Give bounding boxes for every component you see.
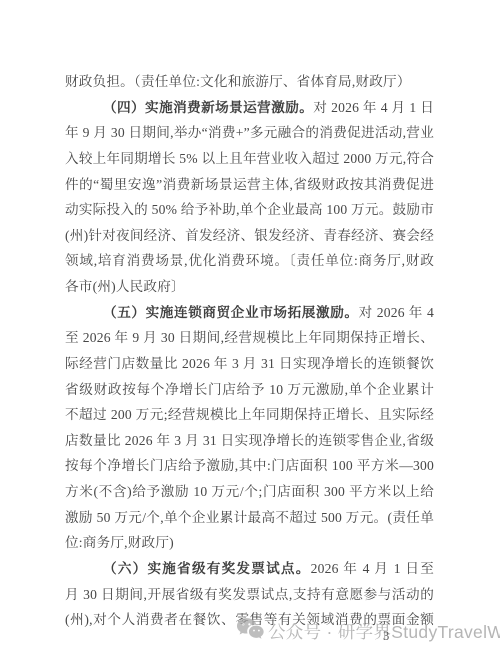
paragraph: （五）实施连锁商贸企业市场拓展激励。对 2026 年 4 月 1 日至 2026… (65, 300, 434, 556)
body-text: 件的“蜀里安逸”消费新场景运营主体,省级财政按其消费促进活 (65, 177, 434, 198)
body-text: 方米(不含)给予激励 10 万元/个;门店面积 300 平方米以上给予 (65, 484, 434, 505)
text-line: 方米(不含)给予激励 10 万元/个;门店面积 300 平方米以上给予 (65, 479, 434, 505)
body-text: 位:商务厅,财政厅) (65, 535, 174, 550)
body-text: 际经营门店数量比 2026 年 3 月 31 日实现净增长的连锁餐饮企业, (65, 356, 434, 377)
body-text: 财政负担。（责任单位:文化和旅游厅、省体育局,财政厅） (65, 74, 411, 89)
body-text: 至 2026 年 9 月 30 日期间,经营规模比上年同期保持正增长、且实 (65, 330, 434, 351)
page-number: 3 (383, 629, 389, 644)
text-line: （五）实施连锁商贸企业市场拓展激励。对 2026 年 4 月 1 日 (65, 300, 434, 326)
text-line: 动实际投入的 50% 给予补助,单个企业最高 100 万元。鼓励市 (65, 197, 434, 223)
text-line: 店数量比 2026 年 3 月 31 日实现净增长的连锁零售企业,省级财政 (65, 428, 434, 454)
item-heading: （五）实施连锁商贸企业市场拓展激励。 (103, 305, 359, 320)
document-body: 财政负担。（责任单位:文化和旅游厅、省体育局,财政厅）（四）实施消费新场景运营激… (65, 69, 434, 633)
watermark: 公众号 · 研学界StudyTravelWorld (236, 618, 500, 644)
text-line: （四）实施消费新场景运营激励。对 2026 年 4 月 1 日至 2026 (65, 95, 434, 121)
body-text: (州)针对夜间经济、首发经济、银发经济、青春经济、赛会经济等 (65, 228, 434, 249)
text-line: 各市(州)人民政府〕 (65, 274, 434, 300)
body-text: 店数量比 2026 年 3 月 31 日实现净增长的连锁零售企业,省级财政 (65, 433, 434, 454)
paragraph: （四）实施消费新场景运营激励。对 2026 年 4 月 1 日至 2026年 9… (65, 95, 434, 300)
item-heading: （六）实施省级有奖发票试点。 (103, 561, 311, 576)
body-text: 不超过 200 万元;经营规模比上年同期保持正增长、且实际经营门 (65, 407, 434, 428)
text-line: 财政负担。（责任单位:文化和旅游厅、省体育局,财政厅） (65, 69, 434, 95)
body-text: 领域,培育消费场景,优化消费环境。〔责任单位:商务厅,财政厅、 (65, 253, 434, 274)
text-line: 至 2026 年 9 月 30 日期间,经营规模比上年同期保持正增长、且实 (65, 325, 434, 351)
paragraph: 财政负担。（责任单位:文化和旅游厅、省体育局,财政厅） (65, 69, 434, 95)
text-line: 位:商务厅,财政厅) (65, 530, 434, 556)
item-heading: （四）实施消费新场景运营激励。 (103, 100, 313, 115)
body-text: 激励 50 万元/个,单个企业累计最高不超过 500 万元。(责任单 (65, 510, 434, 525)
text-line: 按每个净增长门店给予激励,其中:门店面积 100 平方米—300 平 (65, 453, 434, 479)
text-line: 不超过 200 万元;经营规模比上年同期保持正增长、且实际经营门 (65, 402, 434, 428)
body-text: 各市(州)人民政府〕 (65, 279, 185, 294)
text-line: 年 9 月 30 日期间,举办“消费+”多元融合的消费促进活动,营业收 (65, 120, 434, 146)
text-line: 激励 50 万元/个,单个企业累计最高不超过 500 万元。(责任单 (65, 505, 434, 531)
body-text: 省级财政按每个净增长门店给予 10 万元激励,单个企业累计最高 (65, 382, 434, 403)
text-line: 领域,培育消费场景,优化消费环境。〔责任单位:商务厅,财政厅、 (65, 248, 434, 274)
scanned-document-page: 财政负担。（责任单位:文化和旅游厅、省体育局,财政厅）（四）实施消费新场景运营激… (0, 0, 500, 652)
text-line: 省级财政按每个净增长门店给予 10 万元激励,单个企业累计最高 (65, 377, 434, 403)
text-line: 际经营门店数量比 2026 年 3 月 31 日实现净增长的连锁餐饮企业, (65, 351, 434, 377)
body-text: 月 30 日期间,开展省级有奖发票试点,支持有意愿参与活动的市 (65, 587, 434, 608)
text-line: 月 30 日期间,开展省级有奖发票试点,支持有意愿参与活动的市 (65, 582, 434, 608)
body-text: 动实际投入的 50% 给予补助,单个企业最高 100 万元。鼓励市 (65, 202, 434, 217)
text-line: (州)针对夜间经济、首发经济、银发经济、青春经济、赛会经济等 (65, 223, 434, 249)
body-text: 入较上年同期增长 5% 以上且年营业收入超过 2000 万元,符合条 (65, 151, 434, 172)
body-text: 年 9 月 30 日期间,举办“消费+”多元融合的消费促进活动,营业收 (65, 125, 434, 146)
text-line: 件的“蜀里安逸”消费新场景运营主体,省级财政按其消费促进活 (65, 172, 434, 198)
text-line: 入较上年同期增长 5% 以上且年营业收入超过 2000 万元,符合条 (65, 146, 434, 172)
text-line: （六）实施省级有奖发票试点。2026 年 4 月 1 日至 2026 年 9 (65, 556, 434, 582)
wechat-icon (236, 617, 264, 645)
body-text: 按每个净增长门店给予激励,其中:门店面积 100 平方米—300 平 (65, 458, 434, 479)
